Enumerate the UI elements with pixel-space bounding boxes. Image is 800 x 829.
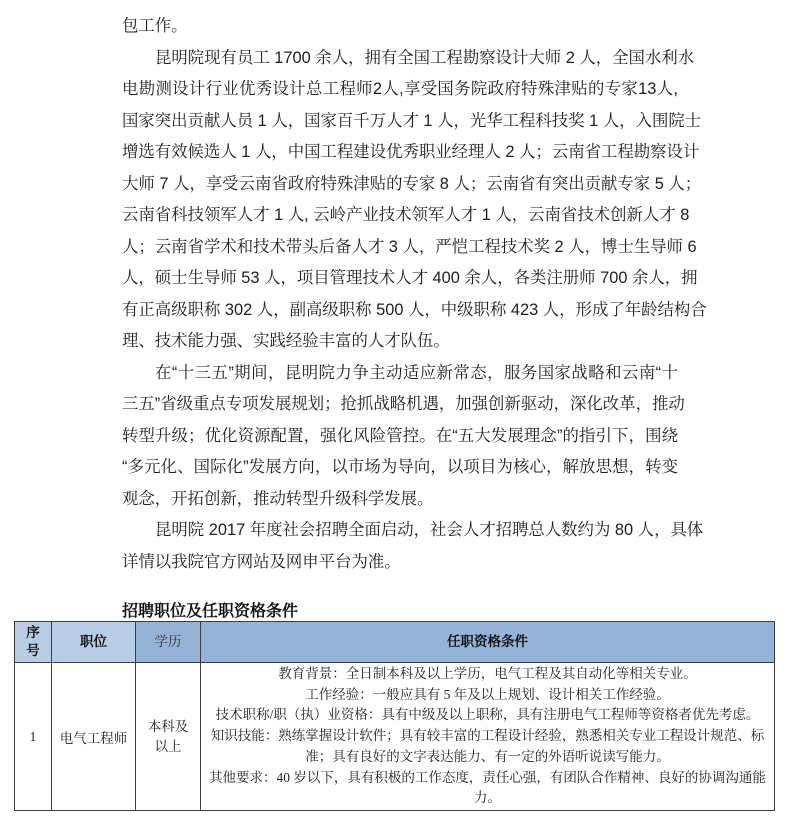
paragraph-line: 详情以我院官方网站及网申平台为准。 [122, 547, 678, 579]
header-seq: 序 号 [15, 622, 52, 663]
table-row: 1 电气工程师 本科及 以上 教育背景：全日制本科及以上学历，电气工程及其自动化… [15, 663, 775, 811]
job-requirements-table: 序 号 职位 学历 任职资格条件 1 电气工程师 本科及 以上 教育背景：全日制… [14, 621, 775, 811]
requirement-line: 准；具有良好的文字表达能力、有一定的外语听说读写能力。 [201, 747, 774, 768]
paragraph-line: 三五”省级重点专项发展规划；抢抓战略机遇，加强创新驱动，深化改革，推动 [122, 389, 678, 421]
paragraph-line: 昆明院 2017 年度社会招聘全面启动，社会人才招聘总人数约为 80 人，具体 [122, 515, 678, 547]
paragraph-line: 有正高级职称 302 人，副高级职称 500 人，中级职称 423 人，形成了年… [122, 295, 678, 327]
paragraph-line: 人，硕士生导师 53 人，项目管理技术人才 400 余人，各类注册师 700 余… [122, 263, 678, 295]
requirement-line: 教育背景：全日制本科及以上学历，电气工程及其自动化等相关专业。 [201, 664, 774, 685]
header-requirements: 任职资格条件 [201, 622, 775, 663]
requirement-line: 工作经验：一般应具有 5 年及以上规划、设计相关工作经验。 [201, 685, 774, 706]
section-heading: 招聘职位及任职资格条件 [122, 601, 298, 623]
table-header-row: 序 号 职位 学历 任职资格条件 [15, 622, 775, 663]
paragraph-line: 观念，开拓创新，推动转型升级科学发展。 [122, 484, 678, 516]
document-body: 包工作。 昆明院现有员工 1700 余人，拥有全国工程勘察设计大师 2 人，全国… [122, 11, 678, 578]
header-education: 学历 [136, 622, 201, 663]
paragraph-line: 大师 7 人，享受云南省政府特殊津贴的专家 8 人；云南省有突出贡献专家 5 人… [122, 169, 678, 201]
paragraph-line: 转型升级；优化资源配置，强化风险管控。在“五大发展理念”的指引下，围绕 [122, 421, 678, 453]
cell-position: 电气工程师 [52, 663, 136, 811]
requirement-line: 知识技能：熟练掌握设计软件；具有较丰富的工程设计经验，熟悉相关专业工程设计规范、… [201, 726, 774, 747]
paragraph-line: 国家突出贡献人员 1 人，国家百千万人才 1 人，光华工程科技奖 1 人，入围院… [122, 106, 678, 138]
cell-education: 本科及 以上 [136, 663, 201, 811]
header-seq-line2: 号 [26, 643, 40, 658]
requirement-line: 其他要求：40 岁以下，具有积极的工作态度，责任心强，有团队合作精神、良好的协调… [201, 768, 774, 789]
header-seq-line1: 序 [26, 625, 40, 640]
header-position: 职位 [52, 622, 136, 663]
paragraph-line: 云南省科技领军人才 1 人, 云岭产业技术领军人才 1 人，云南省技术创新人才 … [122, 200, 678, 232]
requirement-line: 技术职称/职（执）业资格：具有中级及以上职称，具有注册电气工程师等资格者优先考虑… [201, 705, 774, 726]
education-line2: 以上 [155, 739, 182, 754]
cell-seq: 1 [15, 663, 52, 811]
requirement-line: 力。 [201, 788, 774, 809]
paragraph-line: 人；云南省学术和技术带头后备人才 3 人，严恺工程技术奖 2 人，博士生导师 6 [122, 232, 678, 264]
paragraph-line: 包工作。 [122, 11, 678, 43]
paragraph-line: 电勘测设计行业优秀设计总工程师2人,享受国务院政府特殊津贴的专家13人, [122, 74, 678, 106]
paragraph-line: 在“十三五”期间，昆明院力争主动适应新常态，服务国家战略和云南“十 [122, 358, 678, 390]
paragraph-line: “多元化、国际化”发展方向，以市场为导向，以项目为核心，解放思想，转变 [122, 452, 678, 484]
paragraph-line: 昆明院现有员工 1700 余人，拥有全国工程勘察设计大师 2 人，全国水利水 [122, 43, 678, 75]
paragraph-line: 理、技术能力强、实践经验丰富的人才队伍。 [122, 326, 678, 358]
education-line1: 本科及 [148, 719, 189, 734]
paragraph-line: 增选有效候选人 1 人，中国工程建设优秀职业经理人 2 人；云南省工程勘察设计 [122, 137, 678, 169]
cell-requirements: 教育背景：全日制本科及以上学历，电气工程及其自动化等相关专业。 工作经验：一般应… [201, 663, 775, 811]
